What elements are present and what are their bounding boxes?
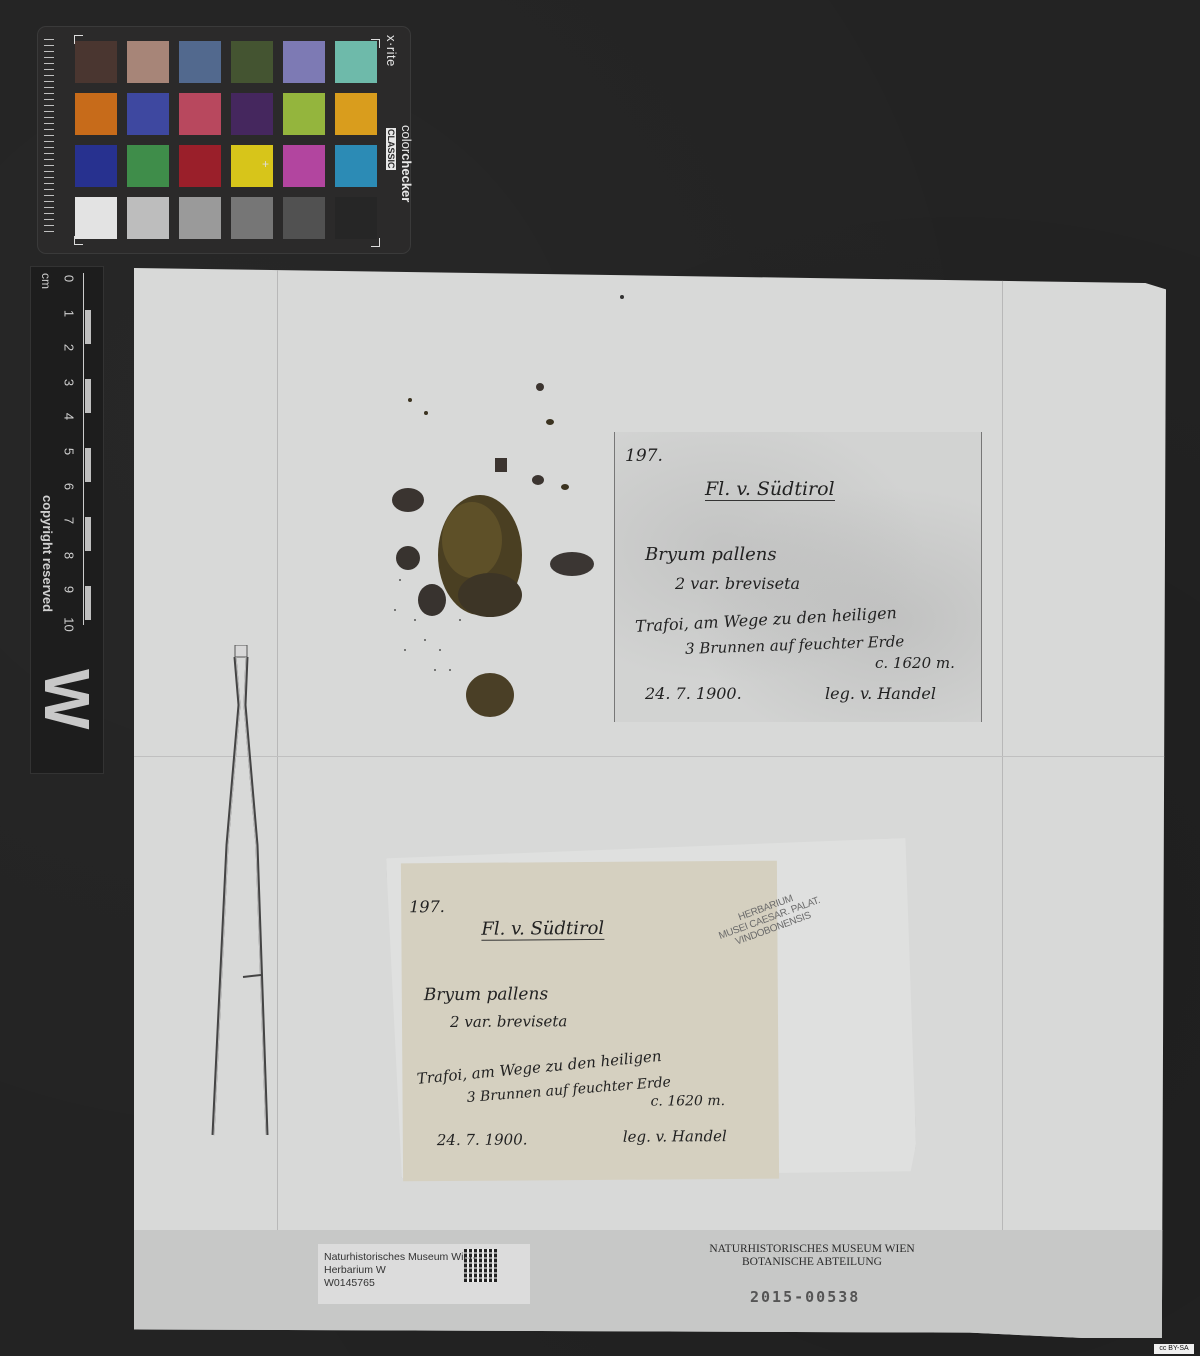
- color-patch: [283, 41, 325, 83]
- herbarium-w-logo: W: [37, 669, 97, 729]
- color-patch: [179, 41, 221, 83]
- label-collector: leg. v. Handel: [623, 1127, 727, 1146]
- ruler-tick-label: 9: [62, 582, 77, 598]
- color-patch: [283, 145, 325, 187]
- label-heading: Fl. v. Südtirol: [705, 478, 835, 501]
- color-patch: [127, 41, 169, 83]
- accession-number: 2015-00538: [750, 1288, 860, 1306]
- color-patch: [179, 93, 221, 135]
- ruler-tick-label: 0: [62, 271, 77, 287]
- ruler-band: [85, 586, 91, 620]
- ruler-numbers: 012345678910: [61, 271, 77, 631]
- crosshair-icon: +: [262, 158, 269, 170]
- label-number: 197.: [625, 446, 663, 466]
- color-patch: [335, 145, 377, 187]
- museum-department: BOTANISCHE ABTEILUNG: [680, 1256, 944, 1269]
- color-patch: [335, 41, 377, 83]
- ruler-band: [85, 517, 91, 551]
- wordmark-prefix: color: [399, 125, 414, 153]
- debris-speck: [620, 295, 624, 299]
- color-patch: [75, 93, 117, 135]
- color-patch: [283, 93, 325, 135]
- color-patch: [179, 197, 221, 239]
- label-date: 24. 7. 1900.: [645, 684, 742, 703]
- label-species: Bryum pallens: [645, 544, 777, 565]
- ruler-tick-label: 1: [62, 305, 77, 321]
- color-patch: [231, 93, 273, 135]
- ruler-tick-label: 10: [62, 617, 77, 633]
- color-checker-card: + x·rite colorchecker CLASSIC: [38, 27, 410, 253]
- label-species: Bryum pallens: [424, 984, 548, 1005]
- bottom-fold-strip: [134, 1230, 1166, 1338]
- barcode-institution: Naturhistorisches Museum Wien: [324, 1251, 475, 1263]
- checker-branding: x·rite colorchecker CLASSIC: [382, 35, 404, 245]
- license-badge: cc BY-SA: [1154, 1344, 1194, 1354]
- qr-code-icon: [464, 1249, 497, 1282]
- label-collector: leg. v. Handel: [825, 684, 936, 703]
- ruler-copyright: copyright reserved: [40, 495, 55, 612]
- museum-name: NATURHISTORISCHES MUSEUM WIEN: [680, 1243, 944, 1256]
- color-patch: [75, 41, 117, 83]
- label-locality-1: Trafoi, am Wege zu den heiligen: [635, 603, 898, 636]
- color-patch: [127, 197, 169, 239]
- label-number: 197.: [409, 897, 445, 916]
- museum-stamp: NATURHISTORISCHES MUSEUM WIEN BOTANISCHE…: [680, 1243, 944, 1269]
- label-date: 24. 7. 1900.: [437, 1130, 528, 1149]
- label-altitude: c. 1620 m.: [651, 1093, 726, 1110]
- ruler-band: [85, 448, 91, 482]
- original-label: 197. Fl. v. Südtirol Bryum pallens 2 var…: [401, 861, 779, 1182]
- fold-line: [134, 756, 1166, 757]
- color-patch: [75, 197, 117, 239]
- color-patch: [231, 197, 273, 239]
- barcode-id: W0145765: [324, 1277, 375, 1289]
- color-patch: [335, 93, 377, 135]
- photocopy-label: 197. Fl. v. Südtirol Bryum pallens 2 var…: [614, 432, 982, 722]
- ruler-band: [85, 310, 91, 344]
- label-altitude: c. 1620 m.: [875, 654, 955, 672]
- checker-tick-strip: [44, 39, 54, 235]
- label-variety: 2 var. breviseta: [675, 574, 800, 593]
- wordmark-bold: checker: [399, 153, 414, 202]
- color-patches-grid: [75, 41, 377, 239]
- color-patch: [75, 145, 117, 187]
- ruler-unit: cm: [39, 273, 53, 289]
- color-patch: [231, 41, 273, 83]
- label-heading: Fl. v. Südtirol: [481, 918, 604, 941]
- ruler-tick-label: 7: [62, 513, 77, 529]
- scale-ruler: cm 012345678910 copyright reserved W: [30, 266, 104, 774]
- ruler-tick-label: 5: [62, 444, 77, 460]
- ruler-band: [85, 379, 91, 413]
- ruler-tick-label: 2: [62, 340, 77, 356]
- ruler-tick-label: 3: [62, 374, 77, 390]
- color-patch: [335, 197, 377, 239]
- color-patch: [179, 145, 221, 187]
- colorchecker-wordmark: colorchecker CLASSIC: [384, 125, 414, 245]
- label-locality-2: 3 Brunnen auf feuchter Erde: [685, 632, 905, 658]
- classic-badge: CLASSIC: [386, 128, 396, 170]
- ruler-tick-label: 4: [62, 409, 77, 425]
- ruler-tick-label: 8: [62, 547, 77, 563]
- corner-mark: [371, 238, 380, 247]
- color-patch: [127, 145, 169, 187]
- moss-specimen: [380, 370, 620, 730]
- barcode-herbarium: Herbarium W: [324, 1264, 386, 1276]
- fold-line: [1002, 268, 1003, 1308]
- color-patch: [127, 93, 169, 135]
- label-variety: 2 var. breviseta: [450, 1012, 567, 1031]
- color-patch: [283, 197, 325, 239]
- xrite-logo: x·rite: [384, 35, 399, 67]
- barcode-label: Naturhistorisches Museum Wien Herbarium …: [318, 1244, 530, 1304]
- tweezers: [205, 645, 280, 1140]
- ruler-tick-label: 6: [62, 478, 77, 494]
